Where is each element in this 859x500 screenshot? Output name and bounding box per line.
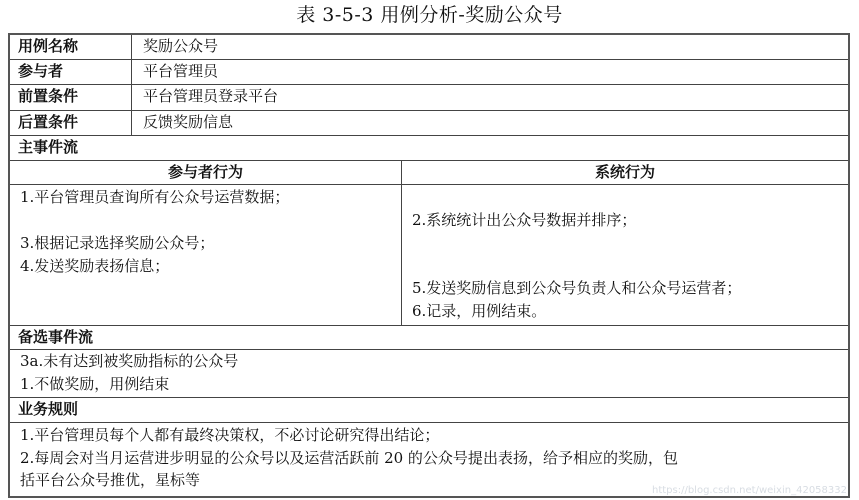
system-step: 5.发送奖励信息到公众号负责人和公众号运营者； bbox=[412, 277, 741, 299]
field-value: 奖励公众号 bbox=[132, 35, 848, 59]
system-step: 2.系统统计出公众号数据并排序； bbox=[412, 209, 636, 231]
main-flow-header-row: 参与者行为 系统行为 bbox=[10, 161, 848, 185]
alt-flow-line: 3a.未有达到被奖励指标的公众号 bbox=[10, 350, 848, 373]
field-row-use-case-name: 用例名称 奖励公众号 bbox=[10, 35, 848, 60]
system-step: 6.记录，用例结束。 bbox=[412, 300, 546, 322]
main-flow-steps-row: 1.平台管理员查询所有公众号运营数据； 3.根据记录选择奖励公众号； 4.发送奖… bbox=[10, 185, 848, 326]
field-row-actor: 参与者 平台管理员 bbox=[10, 60, 848, 85]
alt-flow-content-row: 3a.未有达到被奖励指标的公众号 1.不做奖励，用例结束 bbox=[10, 350, 848, 398]
system-steps: 2.系统统计出公众号数据并排序； 5.发送奖励信息到公众号负责人和公众号运营者；… bbox=[402, 185, 848, 325]
actor-column-header: 参与者行为 bbox=[10, 161, 402, 184]
field-label: 前置条件 bbox=[10, 85, 132, 110]
field-value: 平台管理员登录平台 bbox=[132, 85, 848, 110]
business-rule-line: 2.每周会对当月运营进步明显的公众号以及运营活跃前 20 的公众号提出表扬，给予… bbox=[10, 447, 848, 470]
use-case-table: 用例名称 奖励公众号 参与者 平台管理员 前置条件 平台管理员登录平台 后置条件… bbox=[8, 33, 850, 498]
actor-steps: 1.平台管理员查询所有公众号运营数据； 3.根据记录选择奖励公众号； 4.发送奖… bbox=[10, 185, 402, 325]
business-rules-title-row: 业务规则 bbox=[10, 398, 848, 423]
field-row-postcondition: 后置条件 反馈奖励信息 bbox=[10, 111, 848, 136]
section-title: 业务规则 bbox=[10, 398, 848, 421]
section-title: 主事件流 bbox=[10, 136, 848, 159]
table-caption: 表 3-5-3 用例分析-奖励公众号 bbox=[0, 2, 859, 28]
field-row-precondition: 前置条件 平台管理员登录平台 bbox=[10, 85, 848, 111]
actor-step: 4.发送奖励表扬信息； bbox=[20, 255, 169, 277]
field-label: 参与者 bbox=[10, 60, 132, 84]
actor-step: 1.平台管理员查询所有公众号运营数据； bbox=[20, 186, 289, 208]
system-column-header: 系统行为 bbox=[402, 161, 848, 184]
main-flow-title-row: 主事件流 bbox=[10, 136, 848, 161]
watermark-text: https://blog.csdn.net/weixin_42058332 bbox=[652, 485, 847, 496]
field-value: 平台管理员 bbox=[132, 60, 848, 84]
actor-step: 3.根据记录选择奖励公众号； bbox=[20, 232, 214, 254]
alt-flow-line: 1.不做奖励，用例结束 bbox=[10, 373, 848, 396]
alt-flow-title-row: 备选事件流 bbox=[10, 326, 848, 350]
section-title: 备选事件流 bbox=[10, 326, 848, 349]
business-rule-line: 1.平台管理员每个人都有最终决策权，不必讨论研究得出结论； bbox=[10, 423, 848, 447]
field-label: 用例名称 bbox=[10, 35, 132, 59]
field-label: 后置条件 bbox=[10, 111, 132, 135]
field-value: 反馈奖励信息 bbox=[132, 111, 848, 135]
